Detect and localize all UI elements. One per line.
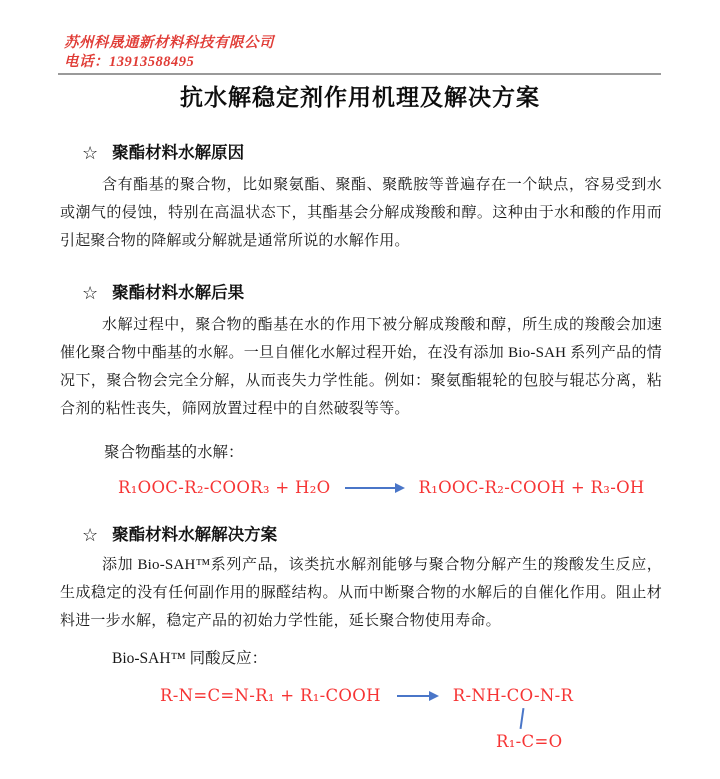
document-page: 苏州科晟通新材料科技有限公司 电话：13913588495 抗水解稳定剂作用机理… [0,0,720,779]
company-name: 苏州科晟通新材料科技有限公司 [64,33,661,53]
label-ester-hydrolysis: 聚合物酯基的水解： [104,439,720,467]
formula-branch: R₁-C=O [496,732,562,751]
paragraph-solution: 添加 Bio-SAH™系列产品，该类抗水解剂能够与聚合物分解产生的羧酸发生反应，… [60,551,662,635]
paragraph-cause: 含有酯基的聚合物，比如聚氨酯、聚酯、聚酰胺等普遍存在一个缺点，容易受到水或潮气的… [60,171,662,255]
company-header: 苏州科晟通新材料科技有限公司 电话：13913588495 [58,33,661,75]
header-divider [58,73,661,75]
formula-hydrolysis: R₁OOC-R₂-COOR₃ + H₂O R₁OOC-R₂-COOH + R₃-… [118,477,720,499]
section-heading-solution-label: 聚酯材料水解解决方案 [112,525,277,545]
section-heading-consequence-label: 聚酯材料水解后果 [112,283,244,303]
formula-acid-reaction-row: R-N=C=N-R₁ + R₁-COOH R-NH-CO-N-R [160,685,720,707]
label-acid-reaction: Bio-SAH™ 同酸反应： [112,645,720,673]
star-icon: ☆ [82,143,98,163]
document-title: 抗水解稳定剂作用机理及解决方案 [0,81,720,115]
section-heading-cause: ☆ 聚酯材料水解原因 [82,143,720,163]
formula-acid-reactants: R-N=C=N-R₁ + R₁-COOH [160,685,381,707]
chemical-bond-line [520,708,525,729]
reaction-arrow-icon [397,695,437,697]
company-phone: 电话：13913588495 [64,53,661,71]
formula-hydrolysis-reactants: R₁OOC-R₂-COOR₃ + H₂O [118,477,330,499]
reaction-arrow-icon [345,487,403,489]
star-icon: ☆ [82,283,98,303]
section-heading-consequence: ☆ 聚酯材料水解后果 [82,283,720,303]
star-icon: ☆ [82,525,98,545]
formula-acid-products: R-NH-CO-N-R [453,685,573,707]
formula-acid-reaction: R-N=C=N-R₁ + R₁-COOH R-NH-CO-N-R R₁-C=O [0,685,720,770]
paragraph-consequence: 水解过程中，聚合物的酯基在水的作用下被分解成羧酸和醇，所生成的羧酸会加速催化聚合… [60,311,662,423]
formula-hydrolysis-products: R₁OOC-R₂-COOH + R₃-OH [418,477,644,499]
section-heading-solution: ☆ 聚酯材料水解解决方案 [82,525,720,545]
section-heading-cause-label: 聚酯材料水解原因 [112,143,244,163]
